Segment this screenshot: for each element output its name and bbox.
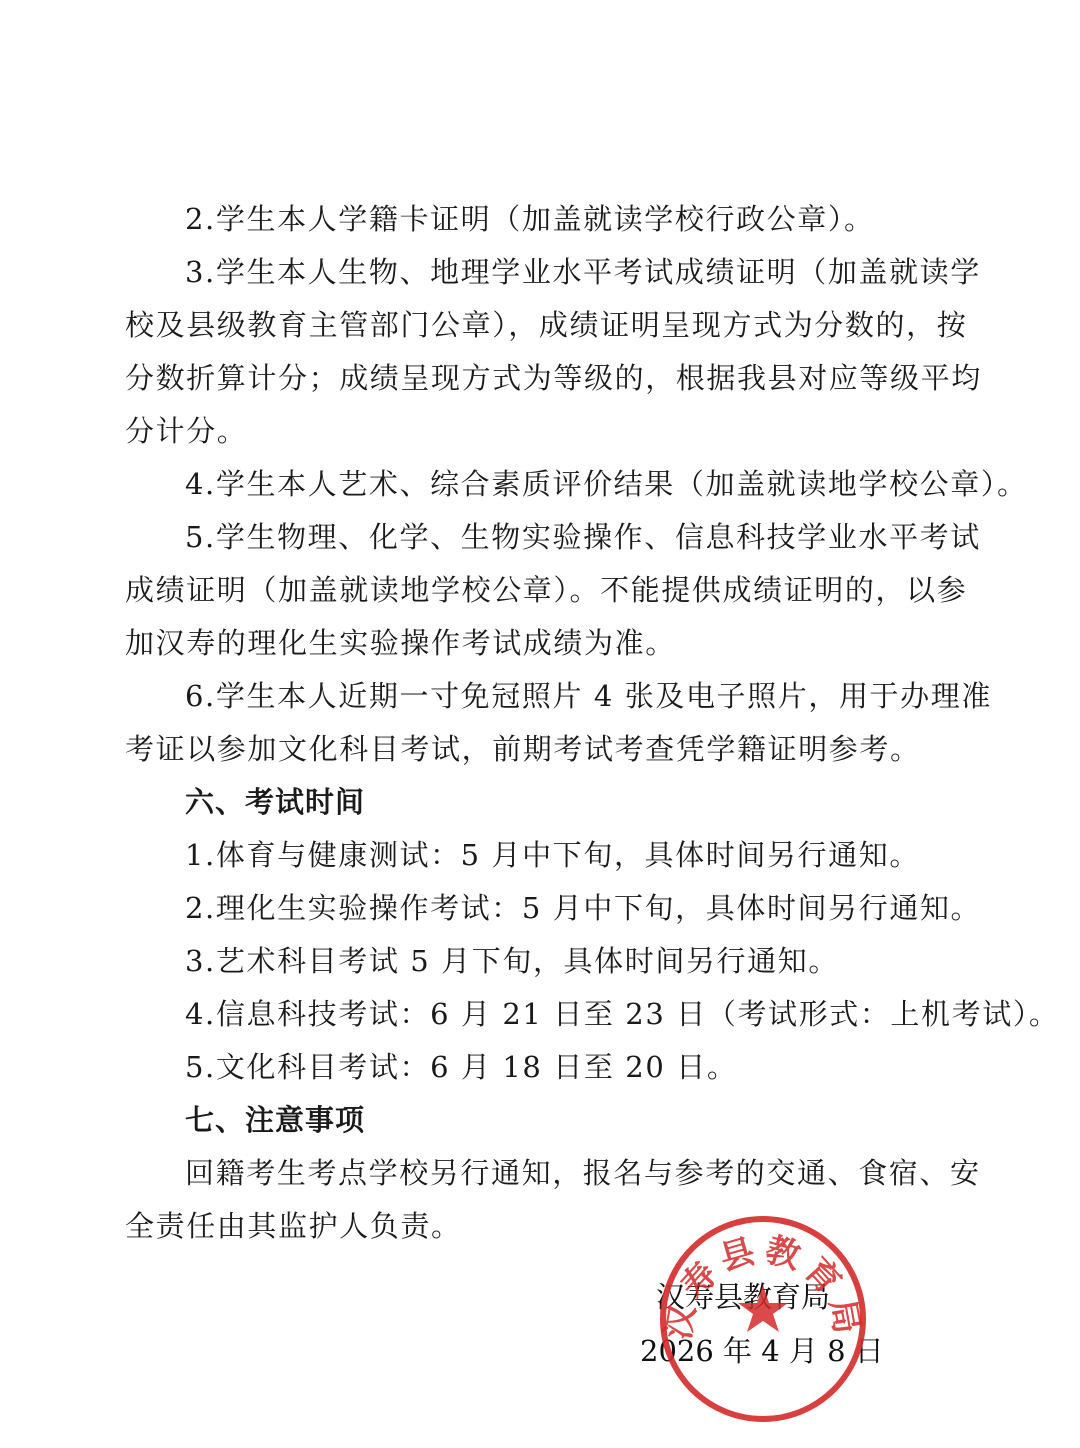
section-heading-notes: 七、注意事项 bbox=[125, 1094, 970, 1147]
paragraph-item-2: 2.学生本人学籍卡证明（加盖就读学校行政公章）。 bbox=[125, 193, 970, 246]
exam-time-item-4: 4.信息科技考试：6 月 21 日至 23 日（考试形式：上机考试）。 bbox=[125, 988, 970, 1041]
exam-time-item-1: 1.体育与健康测试：5 月中下旬，具体时间另行通知。 bbox=[125, 829, 970, 882]
document-body: 2.学生本人学籍卡证明（加盖就读学校行政公章）。 3.学生本人生物、地理学业水平… bbox=[125, 193, 970, 1253]
exam-time-item-2: 2.理化生实验操作考试：5 月中下旬，具体时间另行通知。 bbox=[125, 882, 970, 935]
notes-line-1: 回籍考生考点学校另行通知，报名与参考的交通、食宿、安 bbox=[125, 1147, 970, 1200]
section-heading-exam-time: 六、考试时间 bbox=[125, 776, 970, 829]
notes-line-2: 全责任由其监护人负责。 bbox=[125, 1200, 970, 1253]
signature-organization: 汉寿县教育局 bbox=[640, 1270, 900, 1324]
paragraph-item-6-line-1: 6.学生本人近期一寸免冠照片 4 张及电子照片，用于办理准 bbox=[125, 670, 970, 723]
paragraph-item-6-line-2: 考证以参加文化科目考试，前期考试考查凭学籍证明参考。 bbox=[125, 723, 970, 776]
paragraph-item-5-line-3: 加汉寿的理化生实验操作考试成绩为准。 bbox=[125, 617, 970, 670]
paragraph-item-3-line-1: 3.学生本人生物、地理学业水平考试成绩证明（加盖就读学 bbox=[125, 246, 970, 299]
paragraph-item-5-line-1: 5.学生物理、化学、生物实验操作、信息科技学业水平考试 bbox=[125, 511, 970, 564]
paragraph-item-3-line-4: 分计分。 bbox=[125, 405, 970, 458]
paragraph-item-3-line-2: 校及县级教育主管部门公章），成绩证明呈现方式为分数的，按 bbox=[125, 299, 970, 352]
signature-date: 2026 年 4 月 8 日 bbox=[640, 1324, 900, 1378]
exam-time-item-3: 3.艺术科目考试 5 月下旬，具体时间另行通知。 bbox=[125, 935, 970, 988]
exam-time-item-5: 5.文化科目考试：6 月 18 日至 20 日。 bbox=[125, 1041, 970, 1094]
paragraph-item-3-line-3: 分数折算计分；成绩呈现方式为等级的，根据我县对应等级平均 bbox=[125, 352, 970, 405]
paragraph-item-4: 4.学生本人艺术、综合素质评价结果（加盖就读地学校公章）。 bbox=[125, 458, 970, 511]
paragraph-item-5-line-2: 成绩证明（加盖就读地学校公章）。不能提供成绩证明的，以参 bbox=[125, 564, 970, 617]
signature-block: 汉寿县教育局 2026 年 4 月 8 日 bbox=[640, 1270, 900, 1378]
